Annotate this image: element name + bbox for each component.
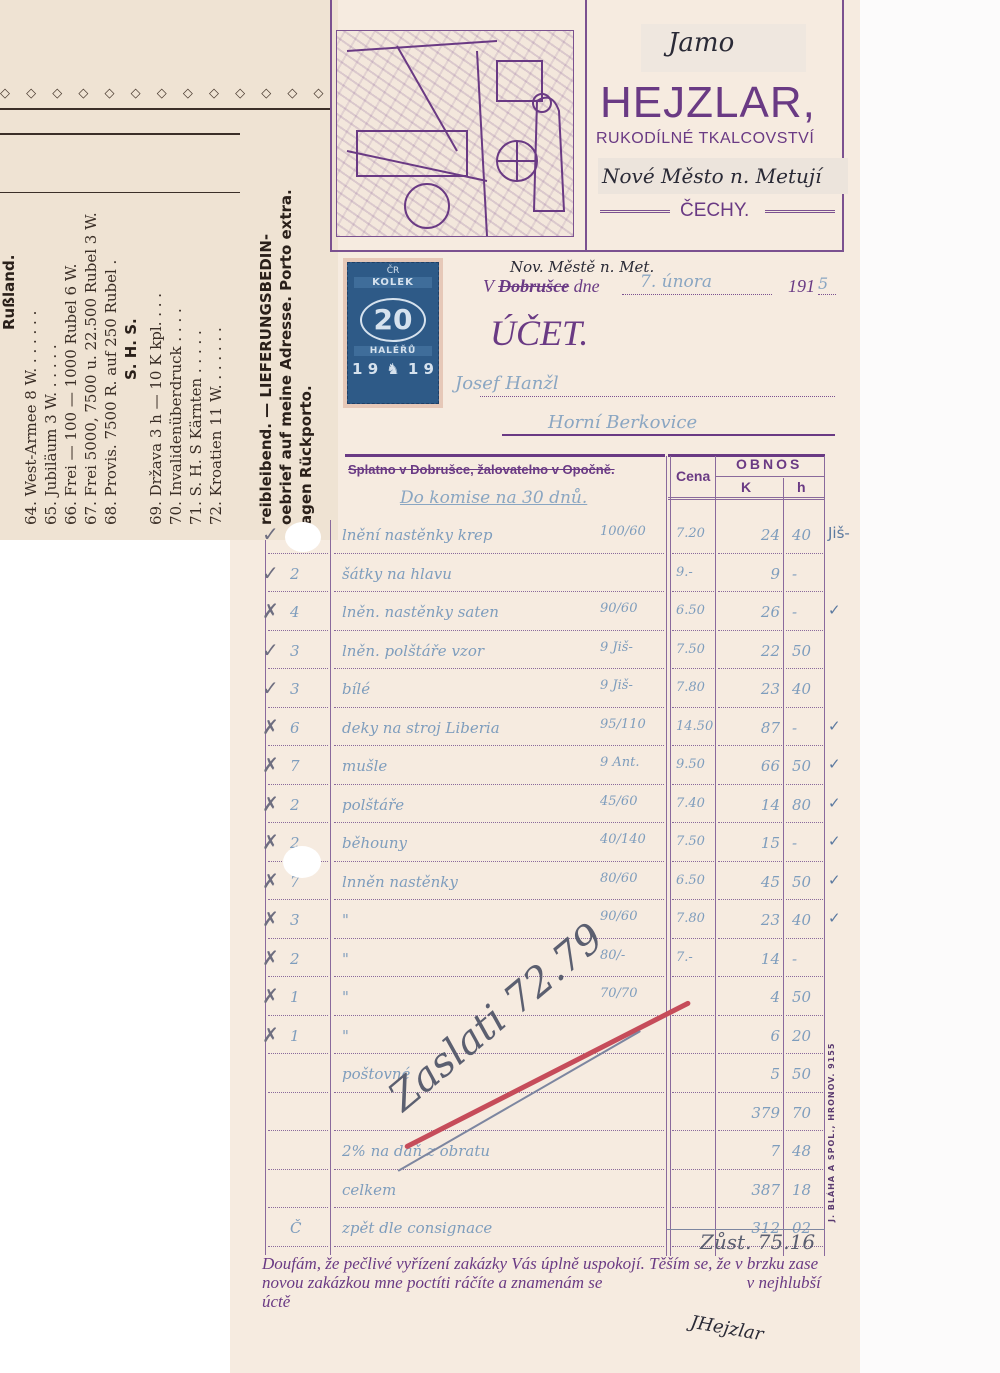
row-amount-k: 26 [748,603,780,621]
balance-handwritten: Zůst. 75.16 [700,1230,815,1254]
row-description: lnněn nastěnky [342,873,458,891]
row-amount-h: 40 [792,911,811,929]
row-rule [268,1015,328,1016]
row-amount-k: 14 [748,796,780,814]
stub-list-item: 64. West-Armee 8 W. . . . . . . [22,311,40,525]
stub-divider [0,108,330,110]
row-amount-h: 18 [792,1181,811,1199]
row-rule [334,1053,664,1054]
row-description: zpět dle consignace [342,1219,492,1237]
place-handwritten: Nové Město n. Metují [602,164,821,188]
stub-terms-line: oebrief auf meine Adresse. Porto extra. [277,189,295,525]
row-note: Jiš- [828,524,850,542]
row-rule [334,707,664,708]
row-rule [334,591,664,592]
stub-list-item: 71. S. H. S Kärnten . . . . . [187,330,205,525]
row-rule [718,707,782,708]
row-rule [718,591,782,592]
row-amount-k: 23 [748,680,780,698]
row-rule [786,630,823,631]
table-row [265,1096,825,1135]
row-rule [718,976,782,977]
row-amount-h: - [792,603,797,621]
row-rule [786,668,823,669]
row-amount-k: 23 [748,911,780,929]
row-rule [718,1169,782,1170]
revenue-stamp: ČR KOLEK 20 HALÉŘŮ 1 9 ♞ 1 9 [343,258,443,408]
row-rule [334,630,664,631]
letterhead-divider [585,0,587,250]
row-rule [718,1015,782,1016]
row-rule [786,1130,823,1131]
row-rule [334,1130,664,1131]
year-dotted-line [818,294,836,295]
row-rule [718,784,782,785]
stub-list-item: 72. Kroatien 11 W. . . . . . . [207,327,225,525]
row-rule [268,976,328,977]
row-rule [718,630,782,631]
row-size: 90/60 [600,909,637,924]
decorative-rule [600,210,670,213]
ornament-border: ◇ ◇ ◇ ◇ ◇ ◇ ◇ ◇ ◇ ◇ ◇ ◇ ◇ ◇ ◇ ◇ ◇ ◇ [0,86,330,104]
closing-text: Doufám, že pečlivé vyřízení zakázky Vás … [262,1254,827,1311]
place-prefix: V [483,276,494,296]
recipient-dotted-line [480,396,835,397]
row-rule [268,1169,328,1170]
row-note: ✓ [828,871,841,889]
row-rule [268,1130,328,1131]
consignment-subheading: Do komise na 30 dnů. [400,488,587,508]
row-amount-k: 5 [748,1065,780,1083]
cross-mark-icon: ✗ [262,753,279,777]
row-rule [786,861,823,862]
row-rule [786,707,823,708]
row-unit-price: 14.50 [676,719,713,734]
row-rule [268,553,328,554]
row-note: ✓ [828,832,841,850]
row-quantity: 3 [290,642,300,660]
column-k: K [741,479,751,495]
row-unit-price: 7.50 [676,642,705,657]
cross-mark-icon: ✗ [262,599,279,623]
stub-section-heading: Rußland. [0,255,18,330]
row-unit-price: 7.- [676,950,693,965]
row-rule [672,861,714,862]
row-note: ✓ [828,794,841,812]
row-quantity: Č [290,1219,301,1237]
recipient-underline [502,434,835,436]
row-rule [268,938,328,939]
row-description: " [342,988,349,1006]
row-amount-h: 40 [792,526,811,544]
row-rule [334,861,664,862]
payment-terms-struck: Splatno v Dobrušce, žalovatelno v Opočně… [348,462,615,477]
row-rule [268,668,328,669]
row-description: deky na stroj Liberia [342,719,500,737]
row-rule [672,1207,714,1208]
row-quantity: 3 [290,911,300,929]
row-rule [334,1207,664,1208]
row-rule [334,938,664,939]
row-rule [718,1092,782,1093]
row-rule [786,822,823,823]
row-rule [268,899,328,900]
stub-section-heading: S. H. S. [122,318,140,380]
column-obnos: OBNOS [736,456,802,472]
column-h: h [797,479,806,495]
cross-mark-icon: ✗ [262,907,279,931]
row-rule [718,668,782,669]
row-rule [786,1092,823,1093]
row-rule [718,1130,782,1131]
row-rule [786,1015,823,1016]
recipient-name: Josef Hanžl [455,373,559,394]
row-rule [672,784,714,785]
company-trade: RUKODÍLNÉ TKALCOVSTVÍ [596,130,814,148]
row-rule [786,899,823,900]
cross-mark-icon: ✗ [262,984,279,1008]
row-rule [334,668,664,669]
stub-list-item: 65. Jubiläum 3 W. . . . . . [42,344,60,525]
row-amount-h: 80 [792,796,811,814]
cross-mark-icon: ✗ [262,1023,279,1047]
row-rule [334,1246,664,1247]
stamp-year-right: 1 9 [408,360,434,378]
row-rule [334,899,664,900]
row-description: lněn. polštáře vzor [342,642,484,660]
row-size: 9 Jiš- [600,640,633,655]
printer-imprint: J. BLÁHA A SPOL., HRONOV. 9155 [827,1043,836,1222]
row-size: 95/110 [600,717,646,732]
row-description: " [342,1027,349,1045]
row-rule [672,745,714,746]
row-quantity: 2 [290,950,300,968]
row-description: polštáře [342,796,404,814]
row-rule [334,822,664,823]
row-quantity: 6 [290,719,300,737]
row-description: běhouny [342,834,407,852]
row-quantity: 1 [290,988,300,1006]
row-description: " [342,950,349,968]
row-rule [268,630,328,631]
row-rule [334,1092,664,1093]
stamp-year-left: 1 9 [352,360,378,378]
row-rule [268,1053,328,1054]
row-note: ✓ [828,909,841,927]
row-rule [718,899,782,900]
row-amount-k: 15 [748,834,780,852]
row-quantity: 7 [290,757,300,775]
row-rule [672,1015,714,1016]
row-rule [672,630,714,631]
row-unit-price: 9.- [676,565,693,580]
year-printed: 191 [788,276,815,297]
check-mark-icon: ✓ [262,638,279,662]
stub-list-item: 66. Frei — 100 — 1000 Rubel 6 W. [62,264,80,525]
row-note: ✓ [828,755,841,773]
row-rule [672,899,714,900]
column-cena: Cena [676,468,710,484]
decorative-rule [765,210,835,213]
row-rule [334,784,664,785]
stub-list-item: 69. Država 3 h — 10 K kpl. . . . [147,293,165,525]
row-amount-k: 9 [748,565,780,583]
row-rule [672,1169,714,1170]
table-top-rule [345,454,665,457]
cross-mark-icon: ✗ [262,869,279,893]
loom-and-spinning-wheel-icon [337,31,573,236]
dne-label: dne [574,276,600,296]
row-size: 80/60 [600,871,637,886]
row-size: 90/60 [600,601,637,616]
row-rule [718,1053,782,1054]
row-rule [718,822,782,823]
row-rule [718,745,782,746]
header-bottom-rule [668,497,825,500]
row-amount-k: 87 [748,719,780,737]
row-quantity: 2 [290,565,300,583]
row-amount-h: 40 [792,680,811,698]
row-rule [268,1092,328,1093]
cross-mark-icon: ✗ [262,715,279,739]
row-rule [786,591,823,592]
row-rule [672,1092,714,1093]
stub-terms-line: reibleibend. — LIEFERUNGSBEDIN- [257,234,275,525]
row-rule [786,976,823,977]
row-quantity: 2 [290,796,300,814]
row-rule [672,822,714,823]
place-date-line: V Dobrušce dne [483,276,600,297]
check-mark-icon: ✓ [262,561,279,585]
row-rule [672,1130,714,1131]
row-rule [786,745,823,746]
row-amount-h: 50 [792,873,811,891]
row-rule [334,1169,664,1170]
recipient-address: Horní Berkovice [548,412,697,433]
table-row [265,903,825,942]
row-amount-k: 14 [748,950,780,968]
row-description: bílé [342,680,370,698]
row-rule [268,822,328,823]
row-rule [786,938,823,939]
row-rule [718,1207,782,1208]
row-rule [268,1207,328,1208]
row-amount-h: 70 [792,1104,811,1122]
row-description: šátky na hlavu [342,565,452,583]
row-rule [786,784,823,785]
stub-divider [0,133,240,135]
row-unit-price: 7.20 [676,526,705,541]
row-rule [672,938,714,939]
row-rule [786,553,823,554]
row-amount-h: - [792,719,797,737]
row-amount-k: 22 [748,642,780,660]
closing-paragraph: Doufám, že pečlivé vyřízení zakázky Vás … [262,1254,818,1292]
row-unit-price: 7.50 [676,834,705,849]
stub-list-item: 70. Invalidenüberdruck . . . . [167,308,185,525]
row-quantity: 3 [290,680,300,698]
cross-mark-icon: ✗ [262,830,279,854]
row-amount-h: 50 [792,642,811,660]
stamp-label: KOLEK [354,277,432,288]
row-rule [786,1053,823,1054]
row-rule [334,745,664,746]
row-size: 9 Ant. [600,755,640,770]
row-rule [268,784,328,785]
row-amount-h: 50 [792,1065,811,1083]
row-amount-k: 379 [748,1104,780,1122]
row-description: mušle [342,757,387,775]
stub-divider [0,192,240,193]
row-note: ✓ [828,601,841,619]
check-mark-icon: ✓ [262,676,279,700]
row-description: " [342,911,349,929]
place-date-handwritten: Nov. Městě n. Met. [510,258,654,276]
stub-terms-line: agen Rückporto. [297,385,315,525]
row-unit-price: 6.50 [676,603,705,618]
check-mark-icon: ✓ [262,522,279,546]
stub-list-item: 67. Frei 5000, 7500 u. 22.500 Rubel 3 W. [82,212,100,525]
row-description: lněn. nastěnky saten [342,603,499,621]
row-rule [672,1053,714,1054]
company-surname: HEJZLAR, [600,78,830,128]
row-rule [334,553,664,554]
punch-hole [283,846,321,878]
row-rule [268,745,328,746]
row-amount-k: 66 [748,757,780,775]
row-amount-k: 6 [748,1027,780,1045]
row-amount-h: 50 [792,757,811,775]
date-handwritten: 7. února [640,272,712,292]
cross-mark-icon: ✗ [262,792,279,816]
row-amount-h: - [792,834,797,852]
row-note: ✓ [828,717,841,735]
row-amount-k: 7 [748,1142,780,1160]
stub-list-item: 68. Provis. 7500 R. auf 250 Rubel . [102,260,120,525]
row-rule [786,1207,823,1208]
obnos-subrule [716,476,824,477]
row-rule [268,1246,328,1247]
place-printed-struck: Dobrušce [498,276,569,296]
row-unit-price: 6.50 [676,873,705,888]
row-size: 40/140 [600,832,646,847]
row-rule [672,707,714,708]
row-description: celkem [342,1181,396,1199]
date-dotted-line [622,294,772,295]
row-rule [718,938,782,939]
row-rule [786,1169,823,1170]
row-size: 9 Jiš- [600,678,633,693]
row-rule [718,553,782,554]
row-size: 70/70 [600,986,637,1001]
row-unit-price: 7.80 [676,911,705,926]
row-rule [268,707,328,708]
row-rule [672,553,714,554]
row-quantity: 1 [290,1027,300,1045]
row-unit-price: 7.40 [676,796,705,811]
row-unit-price: 9.50 [676,757,705,772]
row-rule [672,976,714,977]
row-amount-k: 45 [748,873,780,891]
row-amount-h: 48 [792,1142,811,1160]
scan-background [860,0,1000,1373]
first-name-handwritten: Jamo [668,28,734,58]
region-label: ČECHY. [680,200,749,222]
row-amount-k: 387 [748,1181,780,1199]
year-handwritten: 5 [818,274,828,293]
row-amount-h: - [792,950,797,968]
stamp-value: 20 [360,298,426,342]
stamp-unit: HALÉŘŮ [354,346,432,356]
cross-mark-icon: ✗ [262,946,279,970]
lion-icon: ♞ [386,360,399,378]
row-amount-h: - [792,565,797,583]
row-quantity: 4 [290,603,300,621]
table-row [265,1019,825,1058]
weaving-workshop-illustration [336,30,574,237]
row-description: lnění nastěnky krep [342,526,493,544]
row-rule [672,591,714,592]
document-title: ÚČET. [490,312,588,354]
row-rule [334,976,664,977]
row-size: 45/60 [600,794,637,809]
row-rule [718,861,782,862]
stamp-country: ČR [348,263,438,276]
row-amount-h: 20 [792,1027,811,1045]
row-unit-price: 7.80 [676,680,705,695]
row-size: 100/60 [600,524,646,539]
punch-hole [285,522,321,552]
row-amount-k: 24 [748,526,780,544]
row-rule [672,668,714,669]
row-amount-k: 4 [748,988,780,1006]
row-amount-h: 50 [792,988,811,1006]
row-rule [268,591,328,592]
